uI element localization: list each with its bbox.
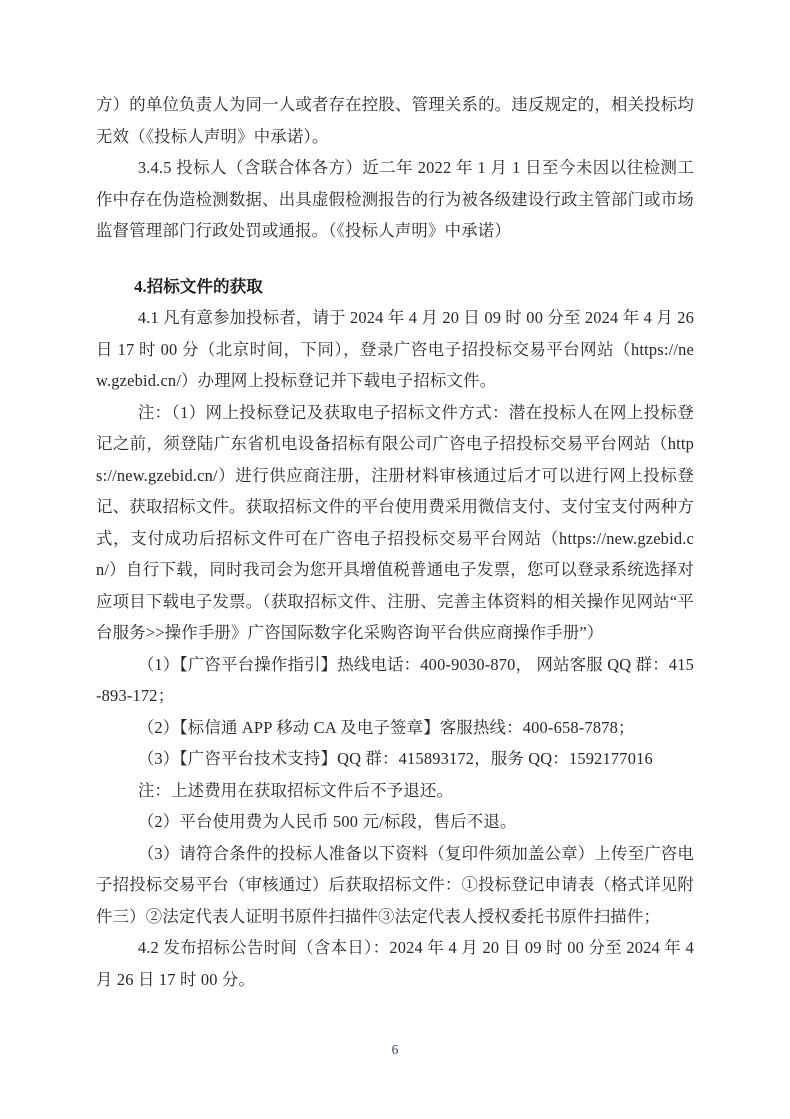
page-footer: 6 <box>0 1041 790 1059</box>
paragraph-continuation: 方）的单位负责人为同一人或者存在控股、管理关系的。违反规定的，相关投标均无效（《… <box>96 89 694 152</box>
section-heading-4: 4.招标文件的获取 <box>96 271 694 303</box>
paragraph-hotline-3: （3）【广咨平台技术支持】QQ 群：415893172，服务 QQ：159217… <box>96 743 694 775</box>
paragraph-materials: （3）请符合条件的投标人准备以下资料（复印件须加盖公章）上传至广咨电子招投标交易… <box>96 838 694 933</box>
paragraph-note-fee: 注：上述费用在获取招标文件后不予退还。 <box>96 775 694 807</box>
page-number: 6 <box>392 1042 399 1057</box>
paragraph-3-4-5: 3.4.5 投标人（含联合体各方）近二年 2022 年 1 月 1 日至今未因以… <box>96 152 694 247</box>
document-page: 方）的单位负责人为同一人或者存在控股、管理关系的。违反规定的，相关投标均无效（《… <box>0 0 790 1119</box>
paragraph-hotline-2: （2）【标信通 APP 移动 CA 及电子签章】客服热线：400-658-787… <box>96 712 694 744</box>
paragraph-hotline-1: （1）【广咨平台操作指引】热线电话：400-9030-870， 网站客服 QQ … <box>96 649 694 712</box>
paragraph-4-1: 4.1 凡有意参加投标者，请于 2024 年 4 月 20 日 09 时 00 … <box>96 302 694 397</box>
paragraph-platform-fee: （2）平台使用费为人民币 500 元/标段，售后不退。 <box>96 806 694 838</box>
document-body: 方）的单位负责人为同一人或者存在控股、管理关系的。违反规定的，相关投标均无效（《… <box>96 89 694 995</box>
paragraph-4-2: 4.2 发布招标公告时间（含本日）：2024 年 4 月 20 日 09 时 0… <box>96 932 694 995</box>
paragraph-note-registration: 注：（1）网上投标登记及获取电子招标文件方式：潜在投标人在网上投标登记之前，须登… <box>96 397 694 649</box>
